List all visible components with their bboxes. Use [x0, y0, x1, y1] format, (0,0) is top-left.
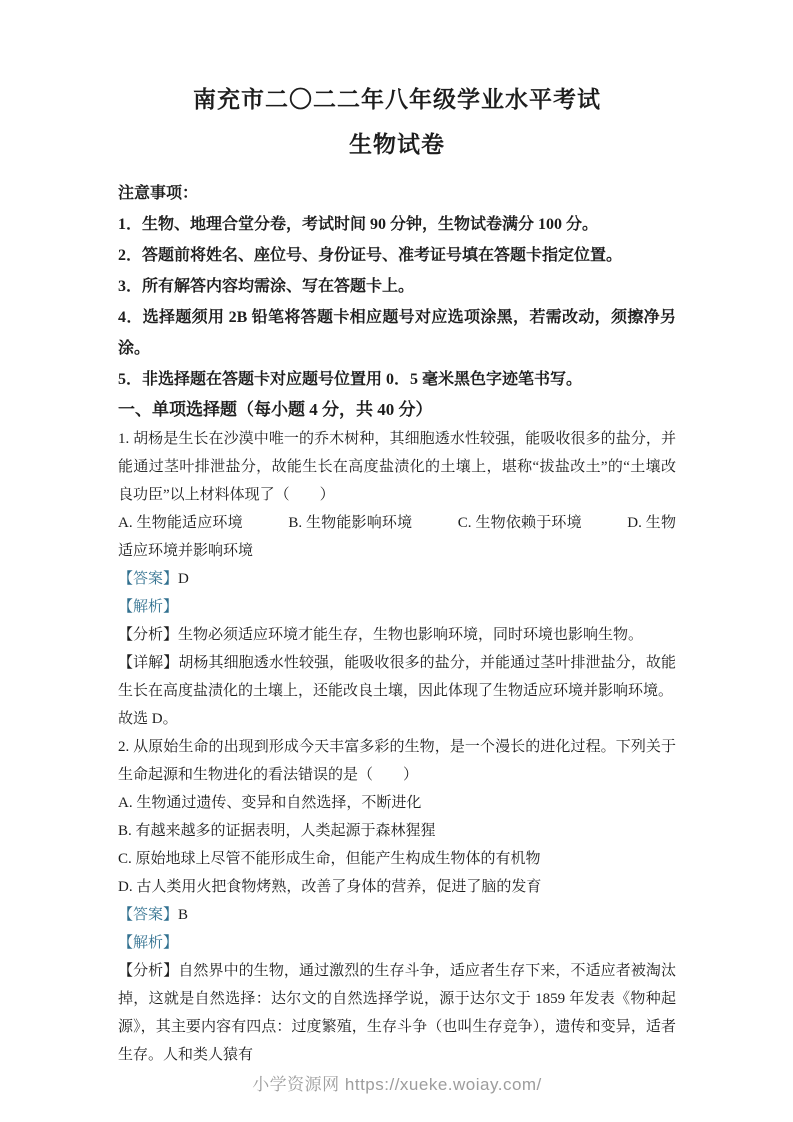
- page-subtitle: 生物试卷: [118, 130, 676, 160]
- answer-value: D: [178, 571, 189, 587]
- analysis-heading-label: 【解析】: [118, 935, 178, 951]
- question-options-inline: A. 生物能适应环境 B. 生物能影响环境 C. 生物依赖于环境 D. 生物适应…: [118, 509, 676, 565]
- explanation-text: 故选 D。: [118, 711, 178, 727]
- explanation-paragraph: 【详解】胡杨其细胞透水性较强，能吸收很多的盐分，并能通过茎叶排泄盐分，故能生长在…: [118, 649, 676, 705]
- explanation-text: 自然界中的生物，通过激烈的生存斗争，适应者生存下来，不适应者被淘汰掉，这就是自然…: [118, 963, 676, 1063]
- notices-list: 1．生物、地理合堂分卷，考试时间 90 分钟，生物试卷满分 100 分。2．答题…: [118, 209, 676, 395]
- explanation-label: 【分析】: [118, 627, 178, 643]
- explanation-text: 胡杨其细胞透水性较强，能吸收很多的盐分，并能通过茎叶排泄盐分，故能生长在高度盐渍…: [118, 655, 676, 699]
- notice-item: 2．答题前将姓名、座位号、身份证号、准考证号填在答题卡指定位置。: [118, 240, 676, 271]
- explanation-paragraph: 【分析】自然界中的生物，通过激烈的生存斗争，适应者生存下来，不适应者被淘汰掉，这…: [118, 957, 676, 1069]
- option-item: D. 古人类用火把食物烤熟，改善了身体的营养，促进了脑的发育: [118, 873, 676, 901]
- questions-container: 1. 胡杨是生长在沙漠中唯一的乔木树种，其细胞透水性较强，能吸收很多的盐分，并能…: [118, 425, 676, 1069]
- analysis-heading-line: 【解析】: [118, 929, 676, 957]
- explanation-paragraph: 故选 D。: [118, 705, 676, 733]
- explanation-text: 生物必须适应环境才能生存，生物也影响环境，同时环境也影响生物。: [178, 627, 643, 643]
- analysis-heading-line: 【解析】: [118, 593, 676, 621]
- footer-watermark: 小学资源网 https://xueke.woiay.com/: [118, 1072, 676, 1098]
- notice-item: 5．非选择题在答题卡对应题号位置用 0．5 毫米黑色字迹笔书写。: [118, 364, 676, 395]
- answer-label: 【答案】: [118, 571, 178, 587]
- section-heading: 一、单项选择题（每小题 4 分，共 40 分）: [118, 395, 676, 425]
- analysis-heading-label: 【解析】: [118, 599, 178, 615]
- explanation-label: 【分析】: [118, 963, 178, 979]
- question-stem: 2. 从原始生命的出现到形成今天丰富多彩的生物，是一个漫长的进化过程。下列关于生…: [118, 733, 676, 789]
- notice-item: 3．所有解答内容均需涂、写在答题卡上。: [118, 271, 676, 302]
- answer-line: 【答案】D: [118, 565, 676, 593]
- notices-section: 注意事项： 1．生物、地理合堂分卷，考试时间 90 分钟，生物试卷满分 100 …: [118, 178, 676, 395]
- answer-label: 【答案】: [118, 907, 178, 923]
- option-item: C. 原始地球上尽管不能形成生命，但能产生构成生物体的有机物: [118, 845, 676, 873]
- page-title: 南充市二〇二二年八年级学业水平考试: [118, 84, 676, 116]
- answer-value: B: [178, 907, 188, 923]
- option-item: B. 有越来越多的证据表明，人类起源于森林猩猩: [118, 817, 676, 845]
- exam-paper-page: 南充市二〇二二年八年级学业水平考试 生物试卷 注意事项： 1．生物、地理合堂分卷…: [0, 0, 793, 1122]
- question-stem: 1. 胡杨是生长在沙漠中唯一的乔木树种，其细胞透水性较强，能吸收很多的盐分，并能…: [118, 425, 676, 509]
- notice-item: 1．生物、地理合堂分卷，考试时间 90 分钟，生物试卷满分 100 分。: [118, 209, 676, 240]
- option-item: A. 生物通过遗传、变异和自然选择，不断进化: [118, 789, 676, 817]
- answer-line: 【答案】B: [118, 901, 676, 929]
- explanation-label: 【详解】: [118, 655, 178, 671]
- notice-item: 4．选择题须用 2B 铅笔将答题卡相应题号对应选项涂黑，若需改动，须擦净另涂。: [118, 302, 676, 364]
- notices-heading: 注意事项：: [118, 178, 676, 209]
- footer-text: 小学资源网 https://xueke.woiay.com/: [252, 1075, 542, 1094]
- explanation-paragraph: 【分析】生物必须适应环境才能生存，生物也影响环境，同时环境也影响生物。: [118, 621, 676, 649]
